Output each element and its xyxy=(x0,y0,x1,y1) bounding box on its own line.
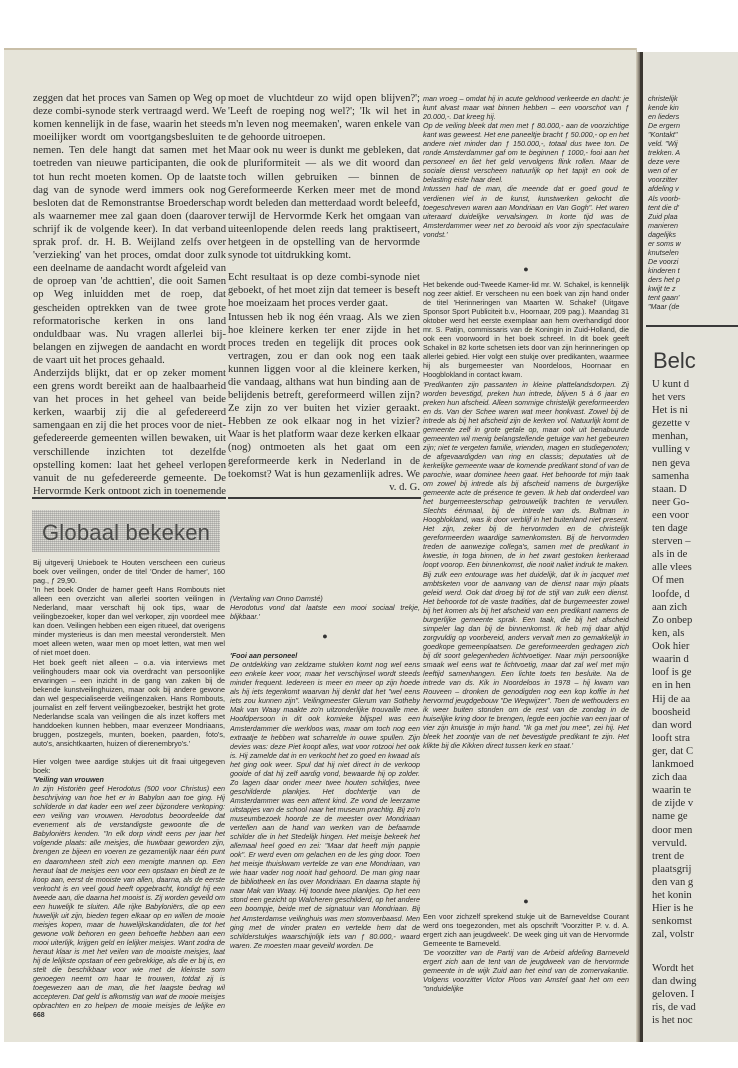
text-line: er soms w xyxy=(648,239,738,248)
text-line: de zijde v xyxy=(652,797,738,810)
bullet-separator: ● xyxy=(423,890,629,912)
box-subheading: 'Fooi aan personeel xyxy=(230,651,420,660)
text-line: manieren xyxy=(648,221,738,230)
text-line: christelijk xyxy=(648,94,738,103)
box-column-3-bottom: ● Een voor zichzelf sprekend stukje uit … xyxy=(423,890,629,1010)
text-line: loofde, d xyxy=(652,588,738,601)
text-line: ris, de vad xyxy=(652,1001,738,1014)
box-paragraph: Het bekende oud-Tweede Kamer-lid mr. W. … xyxy=(423,280,629,380)
right-page-heading: Belc xyxy=(653,348,696,374)
text-line: looft stra xyxy=(652,732,738,745)
text-line: en in hen xyxy=(652,679,738,692)
article-paragraph: zeggen dat het proces van Samen op Weg o… xyxy=(33,92,226,367)
text-line: ders het p xyxy=(648,275,738,284)
article-paragraph: Echt resultaat is op deze combi-synode n… xyxy=(228,271,420,310)
text-line: waarin te xyxy=(652,784,738,797)
right-page-column-a: U kunt dhet versHet is nigezette vmenhan… xyxy=(652,378,738,614)
text-line: senkomst xyxy=(652,915,738,928)
text-line: veld. "Wij xyxy=(648,139,738,148)
text-line: een voor xyxy=(652,509,738,522)
box-column-3-top: man vroeg – omdat hij in acute geldnood … xyxy=(423,94,629,259)
text-line: Het is ni xyxy=(652,404,738,417)
article-paragraph: Anderzijds blijkt, dat er op zeker momen… xyxy=(33,367,226,494)
right-page-top-column: christelijkkende kinen liedersDe ergern"… xyxy=(648,94,738,334)
bullet-separator: ● xyxy=(230,621,420,651)
text-line: vulling v xyxy=(652,443,738,456)
box-paragraph: 'Predikanten zijn passanten in kleine pl… xyxy=(423,380,629,751)
box-paragraph: 'In het boek Onder de hamer geeft Hans R… xyxy=(33,585,225,657)
text-line: tent die d' xyxy=(648,203,738,212)
text-line: plaatsgrij xyxy=(652,863,738,876)
text-line: De voorzi xyxy=(648,257,738,266)
text-line: als in de xyxy=(652,548,738,561)
text-line: tent gaan' xyxy=(648,293,738,302)
box-subheading: 'Veiling van vrouwen xyxy=(33,775,225,784)
article-paragraph: Maar ook nu weer is dunkt me gebleken, d… xyxy=(228,144,420,262)
section-divider xyxy=(32,497,226,499)
text-line: samenha xyxy=(652,470,738,483)
box-paragraph: Een voor zichzelf sprekend stukje uit de… xyxy=(423,912,629,948)
text-line: ken, als xyxy=(652,627,738,640)
text-line: "Maar (de xyxy=(648,302,738,311)
box-paragraph: (Vertaling van Onno Damsté) xyxy=(230,594,420,603)
text-line: name ge xyxy=(652,810,738,823)
text-line: alle vlees xyxy=(652,561,738,574)
box-column-1: Bij uitgeverij Unieboek te Houten versch… xyxy=(33,558,225,1010)
right-page-column-b: Zo onbepken, alsOok hierwaarin dloof is … xyxy=(652,614,738,941)
text-line: lankmoed xyxy=(652,758,738,771)
box-paragraph: 'De voorzitter van de Partij van de Arbe… xyxy=(423,948,629,993)
text-line: gezette v xyxy=(652,417,738,430)
text-line: vervuld. xyxy=(652,837,738,850)
text-line: deze vere xyxy=(648,157,738,166)
text-line: dan dwing xyxy=(652,975,738,988)
text-line: menhan, xyxy=(652,430,738,443)
text-line: zich daa xyxy=(652,771,738,784)
text-line: Hij de aa xyxy=(652,693,738,706)
page-number: 668 xyxy=(33,1012,45,1019)
box-heading-panel: Globaal bekeken xyxy=(32,510,220,552)
box-paragraph: In zijn Historiën geef Herodotus (500 vo… xyxy=(33,784,225,1010)
box-paragraph: Herodotus vond dat laatste een mooi soci… xyxy=(230,603,420,621)
box-paragraph: man vroeg – omdat hij in acute geldnood … xyxy=(423,94,629,121)
bullet-separator: ● xyxy=(423,258,629,280)
section-divider xyxy=(228,497,421,499)
text-line: aan zich xyxy=(652,601,738,614)
text-line: sterven – xyxy=(652,535,738,548)
text-line: en lieders xyxy=(648,112,738,121)
text-line: is het noc xyxy=(652,1014,738,1027)
text-line: dan word xyxy=(652,719,738,732)
text-line: neer Go- xyxy=(652,496,738,509)
text-line: Zuid plaa xyxy=(648,212,738,221)
text-line: "Kontakt" xyxy=(648,130,738,139)
text-line: geloven. I xyxy=(652,988,738,1001)
article-column-2: moet de vluchtdeur zo wijd open blijven?… xyxy=(228,92,420,478)
box-heading: Globaal bekeken xyxy=(42,520,210,546)
text-line: boosheid xyxy=(652,706,738,719)
article-paragraph: Intussen heb ik nog één vraag. Als we zi… xyxy=(228,311,420,479)
author-signature: v. d. G. xyxy=(330,482,420,493)
text-line: nen geva xyxy=(652,457,738,470)
text-line: kende kin xyxy=(648,103,738,112)
text-line: door men xyxy=(652,824,738,837)
text-line: kinderen t xyxy=(648,266,738,275)
box-paragraph: Intussen had de man, die meende dat er g… xyxy=(423,184,629,238)
text-line: Wordt het xyxy=(652,962,738,975)
text-line: het konin xyxy=(652,889,738,902)
text-line: kwijt te z xyxy=(648,284,738,293)
text-line: Ook hier xyxy=(652,640,738,653)
section-divider xyxy=(646,325,738,327)
box-paragraph: Hier volgen twee aardige stukjes uit dit… xyxy=(33,757,225,775)
text-line: ten dage xyxy=(652,522,738,535)
text-line: waarin d xyxy=(652,653,738,666)
text-line: afdeling v xyxy=(648,184,738,193)
box-paragraph: De ontdekking van zeldzame stukken komt … xyxy=(230,660,420,950)
text-line: het vers xyxy=(652,391,738,404)
right-page-column-c: Wordt hetdan dwinggeloven. Iris, de vadi… xyxy=(652,962,738,1027)
text-line: De ergern xyxy=(648,121,738,130)
text-line: Of men xyxy=(652,574,738,587)
text-line: knutselen xyxy=(648,248,738,257)
text-line: dagelijks xyxy=(648,230,738,239)
text-line: wen of er xyxy=(648,166,738,175)
text-line: Als voorb- xyxy=(648,194,738,203)
text-line: U kunt d xyxy=(652,378,738,391)
text-line: voorzitter xyxy=(648,175,738,184)
box-column-2: (Vertaling van Onno Damsté) Herodotus vo… xyxy=(230,502,420,1010)
box-paragraph: Op de veiling bleek dat men met ƒ 80.000… xyxy=(423,121,629,184)
text-line: Zo onbep xyxy=(652,614,738,627)
article-paragraph: moet de vluchtdeur zo wijd open blijven?… xyxy=(228,92,420,144)
text-line: ger, dat C xyxy=(652,745,738,758)
text-line: zal, volstr xyxy=(652,928,738,941)
text-line: den van g xyxy=(652,876,738,889)
text-line: loof is ge xyxy=(652,666,738,679)
article-column-1: zeggen dat het proces van Samen op Weg o… xyxy=(33,92,226,494)
text-line: staan. D xyxy=(652,483,738,496)
text-line: Hier is he xyxy=(652,902,738,915)
box-paragraph: Bij uitgeverij Unieboek te Houten versch… xyxy=(33,558,225,585)
box-paragraph: Het boek geeft niet alleen – o.a. via in… xyxy=(33,658,225,748)
text-line: trent de xyxy=(652,850,738,863)
text-line: trekken. A xyxy=(648,148,738,157)
box-column-3-continued: ● Het bekende oud-Tweede Kamer-lid mr. W… xyxy=(423,258,629,858)
